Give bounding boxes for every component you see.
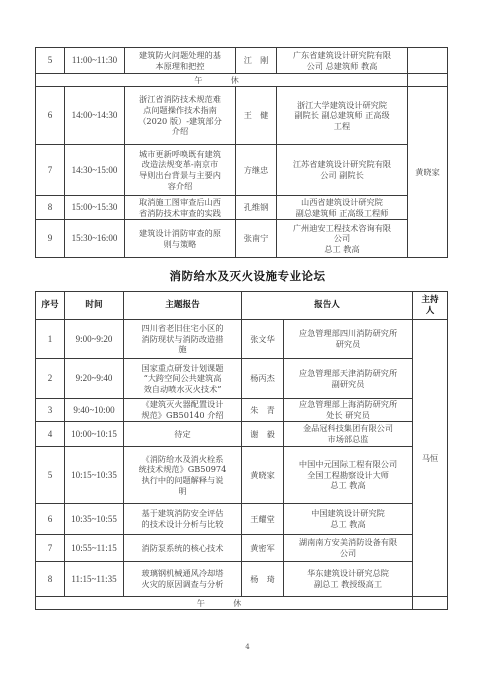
topic: 浙江省消防技术规范难 点问题操作技术指南 （2020 版）-建筑部分 介绍 (125, 87, 236, 145)
host-cell-empty (413, 597, 448, 610)
header-no: 序号 (36, 292, 65, 320)
topic: 取消施工图审查后山西 省消防技术审查的实践 (125, 196, 236, 220)
host-cell-empty (408, 48, 448, 74)
time-slot: 14:00~14:30 (65, 87, 125, 145)
speaker: 谢 毅 (242, 422, 284, 447)
time-slot: 11:15~11:35 (65, 562, 124, 597)
topic: 《消防给水及消火栓系 统技术规范》GB50974 执行中的问题解释与说 明 (124, 447, 242, 504)
topic: 建筑设计消防审查的原 则与策略 (125, 220, 236, 258)
header-row: 序号 时间 主题报告 报告人 主持 人 (36, 292, 448, 320)
row-number: 7 (36, 145, 65, 196)
time-slot: 10:35~10:55 (65, 504, 124, 535)
affiliation: 湖南南方安美消防设备有限 公司 (284, 535, 413, 562)
table-row: 1 9:00~9:20 四川省老旧住宅小区的 消防现状与消防改造措 施 张文华 … (36, 320, 448, 359)
affiliation: 应急管理部天津消防研究所 副研究员 (284, 359, 413, 399)
affiliation: 应急管理部四川消防研究所 研究员 (284, 320, 413, 359)
topic: 待定 (124, 422, 242, 447)
header-host: 主持 人 (413, 292, 448, 320)
speaker: 张文华 (242, 320, 284, 359)
time-slot: 10:55~11:15 (65, 535, 124, 562)
table-row: 6 10:35~10:55 基于建筑消防安全评估 的技术设计分析与比较 王耀堂 … (36, 504, 448, 535)
table-row: 9 15:30~16:00 建筑设计消防审查的原 则与策略 张南宁 广州迪安工程… (36, 220, 448, 258)
topic: 《建筑灭火器配置设计 规范》GB50140 介绍 (124, 399, 242, 422)
section-title: 消防给水及灭火设施专业论坛 (0, 268, 495, 284)
lunch-break-row: 午 休 (36, 597, 448, 610)
table-row: 3 9:40~10:00 《建筑灭火器配置设计 规范》GB50140 介绍 朱 … (36, 399, 448, 422)
table-row: 8 15:00~15:30 取消施工图审查后山西 省消防技术审查的实践 孔维钢 … (36, 196, 448, 220)
speaker: 江 刚 (236, 48, 277, 74)
speaker: 王耀堂 (242, 504, 284, 535)
topic: 建筑防火问题处理的基 本原理和把控 (125, 48, 236, 74)
time-slot: 15:00~15:30 (65, 196, 125, 220)
row-number: 8 (36, 196, 65, 220)
lunch-break: 午 休 (36, 597, 413, 610)
row-number: 9 (36, 220, 65, 258)
table-row: 7 10:55~11:15 消防泵系统的核心技术 黄密军 湖南南方安美消防设备有… (36, 535, 448, 562)
row-number: 6 (36, 87, 65, 145)
affiliation: 华东建筑设计研究总院 副总工 教授级高工 (284, 562, 413, 597)
schedule-table-fire-water: 序号 时间 主题报告 报告人 主持 人 1 9:00~9:20 四川省老旧住宅小… (35, 291, 448, 610)
speaker: 孔维钢 (236, 196, 277, 220)
table-row: 2 9:20~9:40 国家重点研发计划课题 “大跨空间公共建筑高 效自动喷水灭… (36, 359, 448, 399)
table-row: 8 11:15~11:35 玻璃钢机械通风冷却塔 火灾的原因调查与分析 杨 琦 … (36, 562, 448, 597)
affiliation: 山西省建筑设计研究院 副总建筑师 正高级工程师 (277, 196, 408, 220)
row-number: 5 (36, 48, 65, 74)
time-slot: 9:20~9:40 (65, 359, 124, 399)
table-row: 5 11:00~11:30 建筑防火问题处理的基 本原理和把控 江 刚 广东省建… (36, 48, 448, 74)
schedule-table-architecture: 5 11:00~11:30 建筑防火问题处理的基 本原理和把控 江 刚 广东省建… (35, 47, 448, 258)
lunch-break: 午 休 (36, 74, 408, 87)
header-time: 时间 (65, 292, 124, 320)
time-slot: 9:00~9:20 (65, 320, 124, 359)
affiliation: 广东省建筑设计研究院有限 公司 总建筑师 教高 (277, 48, 408, 74)
row-number: 5 (36, 447, 65, 504)
affiliation: 金品冠科技集团有限公司 市场部总监 (284, 422, 413, 447)
host: 黄晓家 (408, 87, 448, 258)
host-cell-empty (408, 74, 448, 87)
row-number: 7 (36, 535, 65, 562)
row-number: 4 (36, 422, 65, 447)
header-speaker: 报告人 (242, 292, 413, 320)
lunch-break-row: 午 休 (36, 74, 448, 87)
speaker: 杨丙杰 (242, 359, 284, 399)
speaker: 方继忠 (236, 145, 277, 196)
speaker: 朱 青 (242, 399, 284, 422)
time-slot: 10:15~10:35 (65, 447, 124, 504)
affiliation: 浙江大学建筑设计研究院 副院长 副总建筑师 正高级 工程 (277, 87, 408, 145)
page-number: 4 (0, 643, 495, 651)
speaker: 张南宁 (236, 220, 277, 258)
speaker: 黄密军 (242, 535, 284, 562)
time-slot: 10:00~10:15 (65, 422, 124, 447)
speaker: 杨 琦 (242, 562, 284, 597)
row-number: 2 (36, 359, 65, 399)
speaker: 黄晓家 (242, 447, 284, 504)
table-row: 7 14:30~15:00 城市更新呼唤既有建筑 改造法规变革-南京市 导则出台… (36, 145, 448, 196)
header-topic: 主题报告 (124, 292, 242, 320)
time-slot: 15:30~16:00 (65, 220, 125, 258)
time-slot: 9:40~10:00 (65, 399, 124, 422)
topic: 玻璃钢机械通风冷却塔 火灾的原因调查与分析 (124, 562, 242, 597)
topic: 国家重点研发计划课题 “大跨空间公共建筑高 效自动喷水灭火技术” (124, 359, 242, 399)
affiliation: 广州迪安工程技术咨询有限 公司 总工 教高 (277, 220, 408, 258)
affiliation: 江苏省建筑设计研究院有限 公司 副院长 (277, 145, 408, 196)
row-number: 3 (36, 399, 65, 422)
affiliation: 应急管理部上海消防研究所 处长 研究员 (284, 399, 413, 422)
table-row: 4 10:00~10:15 待定 谢 毅 金品冠科技集团有限公司 市场部总监 (36, 422, 448, 447)
topic: 消防泵系统的核心技术 (124, 535, 242, 562)
time-slot: 14:30~15:00 (65, 145, 125, 196)
speaker: 王 健 (236, 87, 277, 145)
topic: 四川省老旧住宅小区的 消防现状与消防改造措 施 (124, 320, 242, 359)
row-number: 6 (36, 504, 65, 535)
time-slot: 11:00~11:30 (65, 48, 125, 74)
table-row: 6 14:00~14:30 浙江省消防技术规范难 点问题操作技术指南 （2020… (36, 87, 448, 145)
affiliation: 中国中元国际工程有限公司 全国工程勘察设计大师 总工 教高 (284, 447, 413, 504)
table-row: 5 10:15~10:35 《消防给水及消火栓系 统技术规范》GB50974 执… (36, 447, 448, 504)
topic: 城市更新呼唤既有建筑 改造法规变革-南京市 导则出台背景与主要内 容介绍 (125, 145, 236, 196)
host: 马恒 (413, 320, 448, 597)
row-number: 1 (36, 320, 65, 359)
row-number: 8 (36, 562, 65, 597)
affiliation: 中国建筑设计研究院 总工 教高 (284, 504, 413, 535)
topic: 基于建筑消防安全评估 的技术设计分析与比较 (124, 504, 242, 535)
